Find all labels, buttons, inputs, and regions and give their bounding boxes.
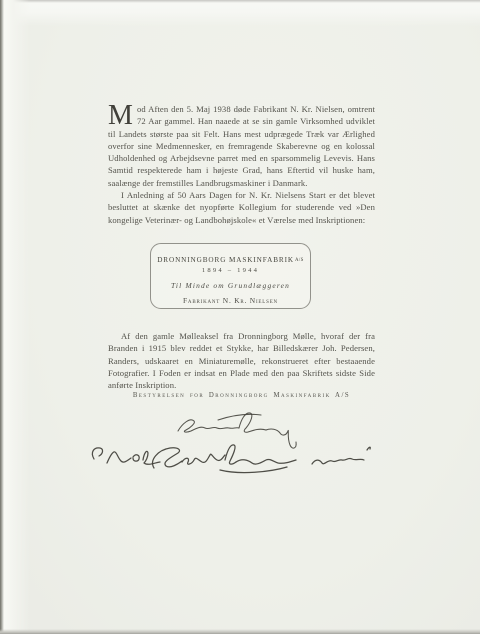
opening-paragraph: Mod Aften den 5. Maj 1938 døde Fabrikant…: [108, 103, 375, 189]
handwritten-signature-2: [92, 448, 160, 464]
memorial-text-block: Mod Aften den 5. Maj 1938 døde Fabrikant…: [108, 103, 375, 226]
plaque-company-name: DRONNINGBORG MASKINFABRIK: [157, 256, 294, 264]
plaque-memorial-line: Til Minde om Grundlæggeren: [151, 281, 310, 290]
scan-edge-top: [0, 0, 480, 26]
opening-paragraph-text: od Aften den 5. Maj 1938 døde Fabrikant …: [108, 104, 375, 188]
mill-paragraph: Af den gamle Mølleaksel fra Dronningborg…: [108, 330, 375, 391]
memorial-plaque-box: DRONNINGBORG MASKINFABRIKA/S 1894 – 1944…: [150, 243, 311, 309]
board-caption: Bestyrelsen for Dronningborg Maskinfabri…: [108, 392, 375, 399]
scan-edge-left: [0, 0, 30, 634]
scanned-document-page: Mod Aften den 5. Maj 1938 døde Fabrikant…: [0, 0, 480, 634]
dedication-paragraph: I Anledning af 50 Aars Dagen for N. Kr. …: [108, 189, 375, 226]
scan-edge-bottom: [0, 629, 480, 634]
handwritten-signature-3: [153, 445, 296, 473]
plaque-company-line: DRONNINGBORG MASKINFABRIKA/S: [151, 256, 310, 264]
drop-cap: M: [108, 104, 133, 127]
signatures-block: [70, 400, 410, 485]
handwritten-signature-4: [312, 447, 370, 464]
plaque-founder-line: Fabrikant N. Kr. Nielsen: [151, 296, 310, 305]
handwritten-signature-1: [178, 413, 296, 448]
plaque-years: 1894 – 1944: [151, 267, 310, 274]
plaque-company-suffix: A/S: [295, 258, 304, 263]
